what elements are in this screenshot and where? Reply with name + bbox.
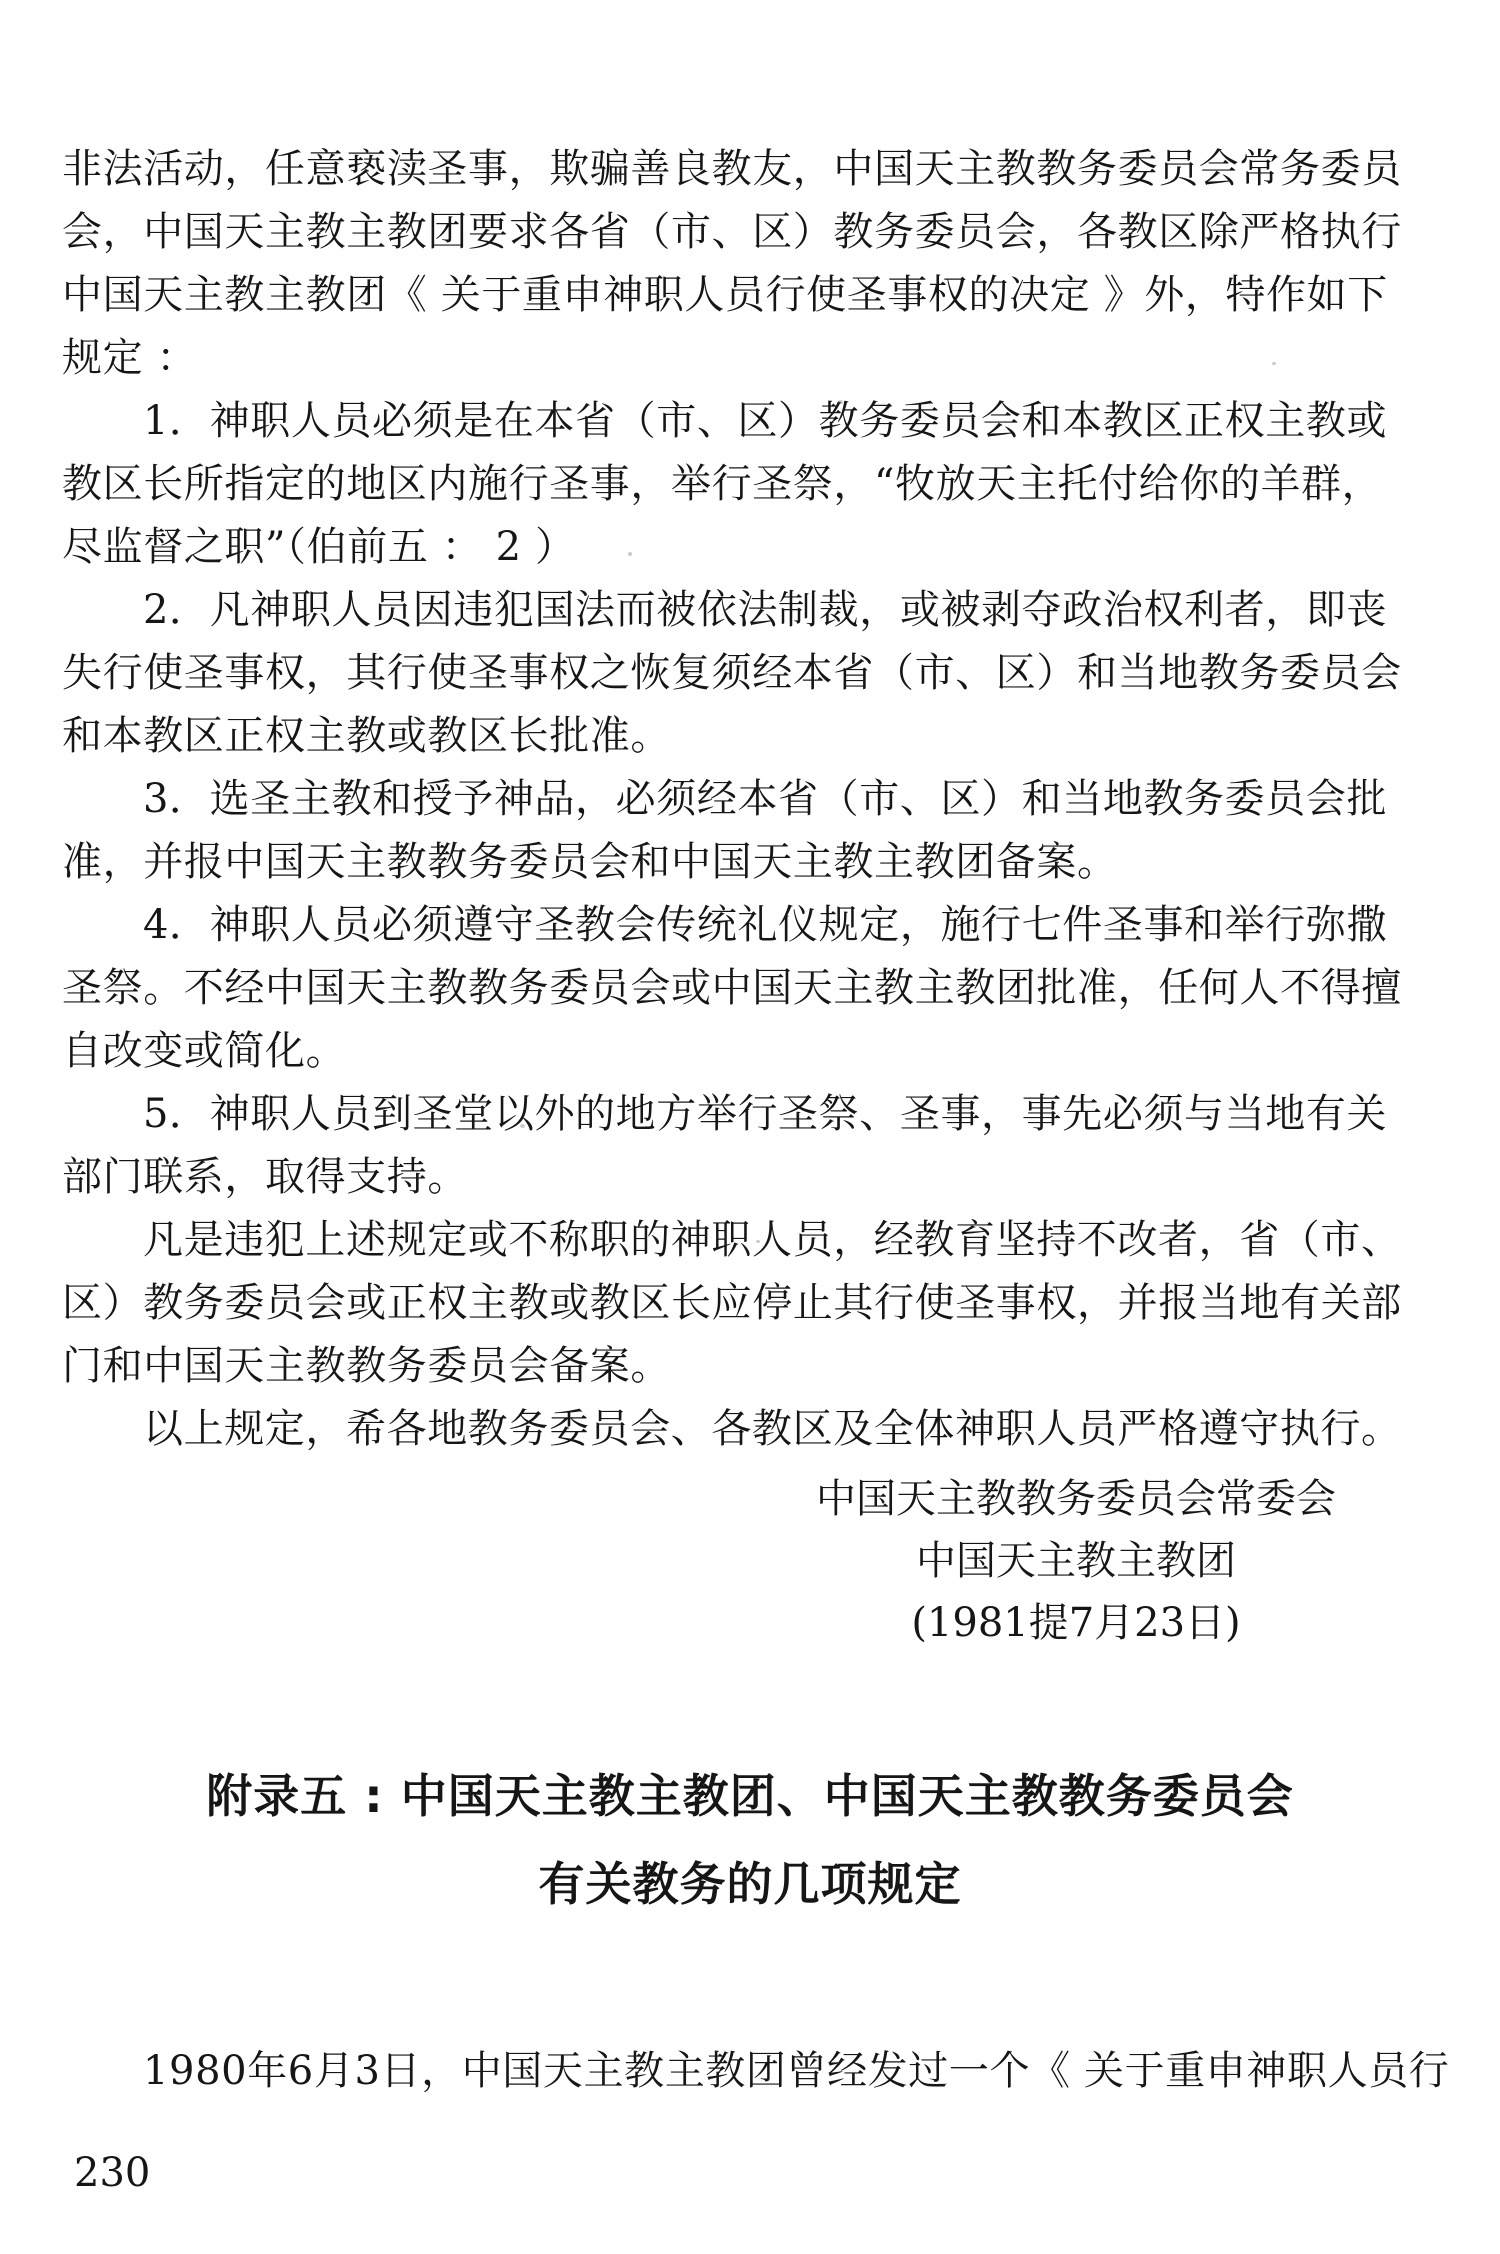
signature-block: 中国天主教教务委员会常委会 中国天主教主教团 (1981提7月23日) (810, 1468, 1342, 1654)
signature-date: (1981提7月23日) (810, 1592, 1342, 1654)
text-line-closing-instruction: 以上规定，希各地教务委员会、各教区及全体神职人员严格遵守执行。 (62, 1398, 1446, 1461)
text-line-item-5: 5．神职人员到圣堂以外的地方举行圣祭、圣事，事先必须与当地有关 (62, 1083, 1446, 1146)
text-line: 和本教区正权主教或教区长批准。 (62, 705, 1446, 768)
appendix-title-line-1: 附录五 : 中国天主教主教团、中国天主教教务委员会 (0, 1752, 1500, 1840)
text-line-item-3: 3．选圣主教和授予神品，必须经本省（市、区）和当地教务委员会批 (62, 768, 1446, 831)
scanned-document-page: 非法活动，任意亵渎圣事，欺骗善良教友，中国天主教教务委员会常务委员 会，中国天主… (0, 0, 1500, 2254)
main-text-block: 非法活动，任意亵渎圣事，欺骗善良教友，中国天主教教务委员会常务委员 会，中国天主… (62, 138, 1446, 1461)
signature-organization-1: 中国天主教教务委员会常委会 (810, 1468, 1342, 1530)
scan-speck (756, 1240, 760, 1243)
text-line: 圣祭。不经中国天主教教务委员会或中国天主教主教团批准，任何人不得擅 (62, 957, 1446, 1020)
text-line: 尽监督之职”（伯前五 ： 2 ） (62, 516, 1446, 579)
text-line-item-4: 4．神职人员必须遵守圣教会传统礼仪规定，施行七件圣事和举行弥撒 (62, 894, 1446, 957)
appendix-title-line-2: 有关教务的几项规定 (0, 1840, 1500, 1928)
scan-speck (628, 552, 632, 556)
appendix-heading: 附录五 : 中国天主教主教团、中国天主教教务委员会 有关教务的几项规定 (0, 1752, 1500, 1928)
closing-paragraph: 1980年6月3日，中国天主教主教团曾经发过一个《 关于重申神职人员行 (62, 2040, 1500, 2103)
text-line-item-2: 2．凡神职人员因违犯国法而被依法制裁，或被剥夺政治权利者，即丧 (62, 579, 1446, 642)
text-line: 自改变或简化。 (62, 1020, 1446, 1083)
text-line: 非法活动，任意亵渎圣事，欺骗善良教友，中国天主教教务委员会常务委员 (62, 138, 1446, 201)
text-line: 门和中国天主教教务委员会备案。 (62, 1335, 1446, 1398)
scan-speck (520, 1124, 525, 1128)
scan-speck (838, 400, 843, 404)
page-number: 230 (74, 2150, 150, 2196)
text-line: 准，并报中国天主教教务委员会和中国天主教主教团备案。 (62, 831, 1446, 894)
text-line: 凡是违犯上述规定或不称职的神职人员，经教育坚持不改者，省（市、 (62, 1209, 1446, 1272)
text-line: 区）教务委员会或正权主教或教区长应停止其行使圣事权，并报当地有关部 (62, 1272, 1446, 1335)
signature-organization-2: 中国天主教主教团 (810, 1530, 1342, 1592)
text-line: 教区长所指定的地区内施行圣事，举行圣祭，“牧放天主托付给你的羊群， (62, 453, 1446, 516)
scan-speck (1272, 362, 1276, 365)
text-line: 规定 ： (62, 327, 1446, 390)
text-line: 失行使圣事权，其行使圣事权之恢复须经本省（市、区）和当地教务委员会 (62, 642, 1446, 705)
text-line: 会，中国天主教主教团要求各省（市、区）教务委员会，各教区除严格执行 (62, 201, 1446, 264)
text-line-item-1: 1．神职人员必须是在本省（市、区）教务委员会和本教区正权主教或 (62, 390, 1446, 453)
text-line: 中国天主教主教团《 关于重申神职人员行使圣事权的决定 》外，特作如下 (62, 264, 1446, 327)
text-line: 部门联系，取得支持。 (62, 1146, 1446, 1209)
